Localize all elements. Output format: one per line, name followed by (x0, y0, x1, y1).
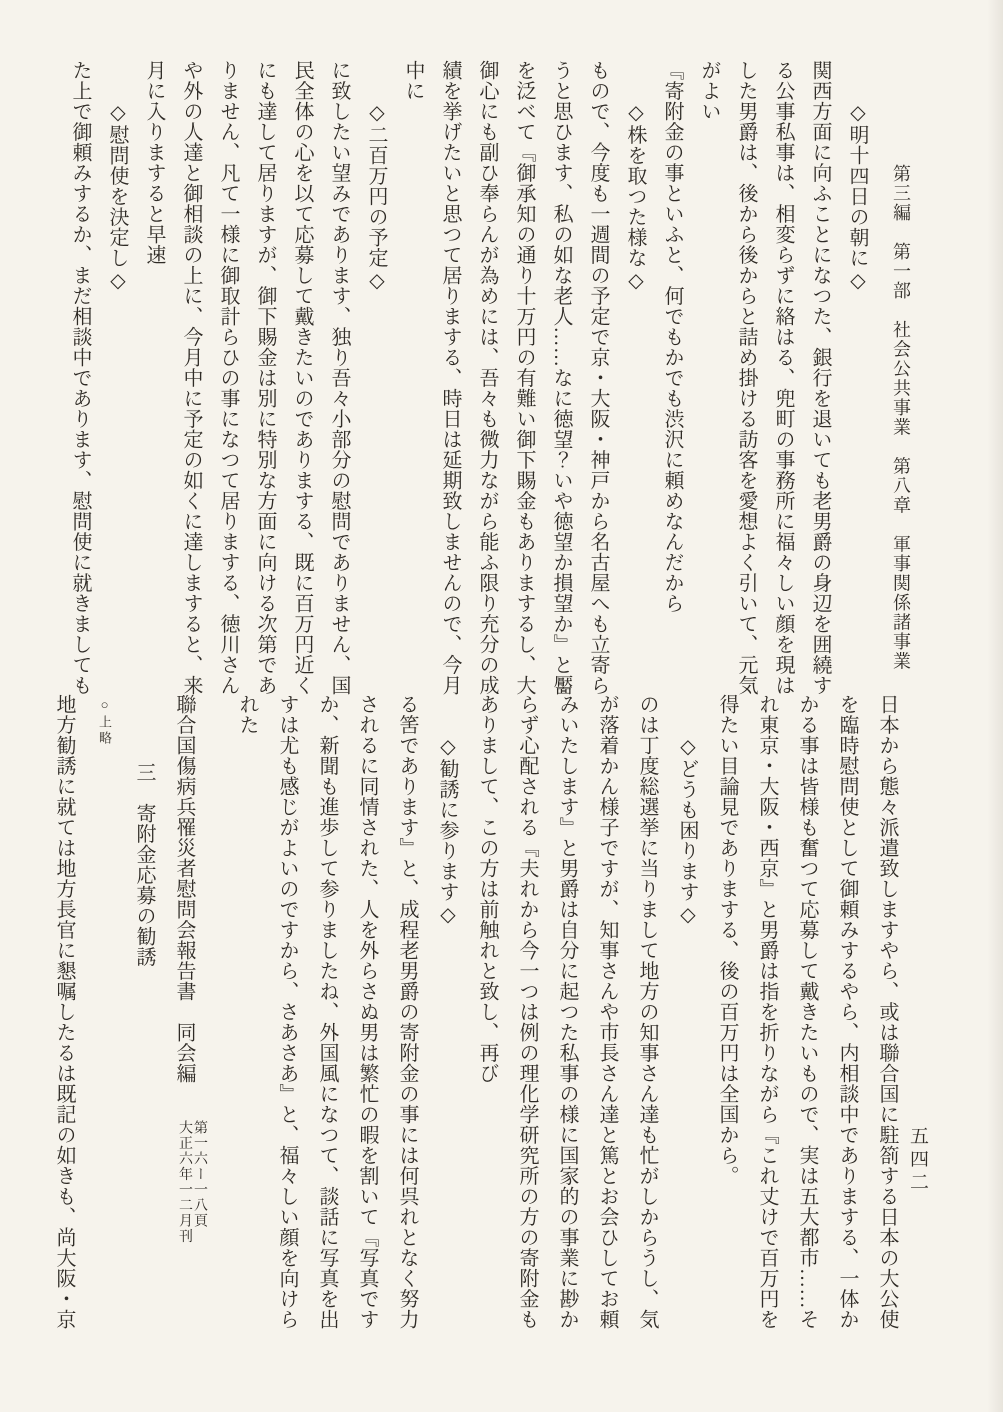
text-column: る筈であります』と、成程老男爵の寄附金の事には何呉れとなく努力 (387, 694, 427, 1356)
text-column-text: りません、凡て一様に御取計らひの事になつて居りまする、徳川さん (217, 60, 239, 696)
text-column: 中に (394, 60, 431, 722)
subheading: ◇勧誘に参ります◇ (427, 694, 467, 1356)
text-column-text: れ東京・大阪・西京』と男爵は指を折りながら『これ丈けで百万円を (756, 694, 778, 1330)
text-column-text: ありまして、この方は前触れと致し、再び (476, 694, 498, 1084)
text-column: る公事私事は、相変らずに絡はる、兜町の事務所に福々しい顔を現は (764, 60, 801, 722)
text-column: ありまして、この方は前触れと致し、再び (467, 694, 507, 1356)
subheading-text: ◇株を取つた様な◇ (624, 100, 646, 293)
text-column: か、新聞も進歩して参りましたね、外国風になつて、談話に写真を出 (307, 694, 347, 1356)
page-number: 五四二 (904, 1126, 931, 1195)
text-column-text: 関西方面に向ふことになつた、銀行を退いても老男爵の身辺を囲繞す (809, 60, 831, 696)
text-column-text: うと思ひます、私の如な老人……なに徳望？いや徳望か損望か』と靨 (550, 60, 572, 696)
text-column: に致したい望みであります、独り吾々小部分の慰問でありません、国 (320, 60, 357, 722)
text-column: れ東京・大阪・西京』と男爵は指を折りながら『これ丈けで百万円を (747, 694, 787, 1356)
running-head-text: 第三編 第一部 社会公共事業 第八章 軍事関係諸事業 (891, 164, 911, 671)
lower-text-block: 日本から態々派遣致しますやら、或は聯合国に駐箚する日本の大公使を臨時慰問使として… (44, 694, 907, 1356)
text-column-text: されるに同情された、人を外らさぬ男は繁忙の暇を割いて『写真です (356, 694, 378, 1330)
subheading: ◇慰問使を決定し◇ (98, 60, 135, 722)
citation-note-line: 第一六ー一八頁 (192, 1120, 207, 1244)
subheading-text: ◇明十四日の朝に◇ (846, 100, 868, 293)
text-column-text: らず心配される『夫れから今一つは例の理化学研究所の方の寄附金も (516, 694, 538, 1330)
text-column-text: 月に入りますると早速 (143, 60, 165, 265)
text-column-text: のは丁度総選挙に当りまして地方の知事さん達も忙がしからうし、気 (636, 694, 658, 1330)
citation-source-text: 聯合国傷病兵罹災者慰問会報告書 同会編 (173, 694, 195, 1084)
text-column: 績を挙げたいと思つて居りまする、時日は延期致しませんので、今月 (431, 60, 468, 722)
text-column: 御心にも副ひ奉らんが為めには、吾々も微力ながら能ふ限り充分の成 (468, 60, 505, 722)
citation-source: 聯合国傷病兵罹災者慰問会報告書 同会編第一六ー一八頁大正六年一二月刊 (164, 694, 207, 1356)
subheading-text: ◇どうも困ります◇ (676, 734, 698, 927)
text-column: 月に入りますると早速 (135, 60, 172, 722)
section-title-text: 三 寄附金応募の勧誘 (133, 762, 155, 967)
text-column-text: 得たい目論見でありまする、後の百万円は全国から。 (716, 694, 738, 1186)
text-column-text: みいたします』と男爵は自分に起つた私事の様に国家的の事業に尠か (556, 694, 578, 1330)
text-column: 日本から態々派遣致しますやら、或は聯合国に駐箚する日本の大公使 (867, 694, 907, 1356)
text-column-text: もので、今度も一週間の予定で京・大阪・神戸から名古屋へも立寄ら (587, 60, 609, 696)
text-column-text: 地方勧誘に就ては地方長官に懇嘱したるは既記の如きも、尚大阪・京 (53, 694, 75, 1330)
text-column: 民全体の心を以て応募して戴きたいのでありまする、既に百万円近く (283, 60, 320, 722)
citation-note: 第一六ー一八頁大正六年一二月刊 (177, 1120, 207, 1244)
text-column-text: を泛べて『御承知の通り十万円の有難い御下賜金もありまするし、大 (513, 60, 535, 696)
text-column: みいたします』と男爵は自分に起つた私事の様に国家的の事業に尠か (547, 694, 587, 1356)
text-column-text: にも達して居りますが、御下賜金は別に特別な方面に向ける次第であ (254, 60, 276, 696)
text-column-text: がよい (698, 60, 720, 122)
scanned-page: 第三編 第一部 社会公共事業 第八章 軍事関係諸事業◇明十四日の朝に◇関西方面に… (0, 0, 1003, 1412)
text-column: されるに同情された、人を外らさぬ男は繁忙の暇を割いて『写真です (347, 694, 387, 1356)
text-column: のは丁度総選挙に当りまして地方の知事さん達も忙がしからうし、気 (627, 694, 667, 1356)
section-title: 三 寄附金応募の勧誘 (124, 694, 164, 1356)
text-column-text: すは尤も感じがよいのですから、さあさあ』と、福々しい顔を向けら (276, 694, 298, 1330)
text-column-text: れた (236, 694, 258, 735)
text-column: もので、今度も一週間の予定で京・大阪・神戸から名古屋へも立寄ら (579, 60, 616, 722)
citation-note-line: 大正六年一二月刊 (177, 1120, 192, 1244)
text-column: した男爵は、後から後からと詰め掛ける訪客を愛想よく引いて、元気 (727, 60, 764, 722)
text-column: や外の人達と御相談の上に、今月中に予定の如くに達しますると、来 (172, 60, 209, 722)
text-column-text: 中に (402, 60, 424, 101)
scan-edge-shadow (987, 0, 1003, 1412)
text-column: が落着かん様子ですが、知事さんや市長さん達と篤とお会ひしてお頼 (587, 694, 627, 1356)
text-column-text: や外の人達と御相談の上に、今月中に予定の如くに達しますると、来 (180, 60, 202, 696)
text-column: を泛べて『御承知の通り十万円の有難い御下賜金もありまするし、大 (505, 60, 542, 722)
subheading-text: ◇勧誘に参ります◇ (436, 734, 458, 927)
text-column-text: 日本から態々派遣致しますやら、或は聯合国に駐箚する日本の大公使 (876, 694, 898, 1330)
subheading-text: ◇慰問使を決定し◇ (106, 100, 128, 293)
text-column: 得たい目論見でありまする、後の百万円は全国から。 (707, 694, 747, 1356)
text-column: がよい (690, 60, 727, 722)
text-column-text: る筈であります』と、成程老男爵の寄附金の事には何呉れとなく努力 (396, 694, 418, 1330)
text-column: た上で御頼みするか、まだ相談中であります、慰問使に就きましても (61, 60, 98, 722)
text-column: 『寄附金の事といふと、何でもかでも渋沢に頼めなんだから (653, 60, 690, 722)
subheading: ◇どうも困ります◇ (667, 694, 707, 1356)
running-head: 第三編 第一部 社会公共事業 第八章 軍事関係諸事業 (882, 60, 919, 722)
text-column-text: を臨時慰問使として御頼みするやら、内相談中でありまする、一体か (836, 694, 858, 1330)
text-column-text: 民全体の心を以て応募して戴きたいのでありまする、既に百万円近く (291, 60, 313, 696)
text-column-text: 御心にも副ひ奉らんが為めには、吾々も微力ながら能ふ限り充分の成 (476, 60, 498, 696)
subheading: ◇二百万円の予定◇ (357, 60, 394, 722)
text-column-text: る公事私事は、相変らずに絡はる、兜町の事務所に福々しい顔を現は (772, 60, 794, 696)
text-column: れた (227, 694, 267, 1356)
text-column: りません、凡て一様に御取計らひの事になつて居りまする、徳川さん (209, 60, 246, 722)
subheading: ◇株を取つた様な◇ (616, 60, 653, 722)
text-column: すは尤も感じがよいのですから、さあさあ』と、福々しい顔を向けら (267, 694, 307, 1356)
subheading: ◇明十四日の朝に◇ (838, 60, 875, 722)
omission-note: ○上略 (84, 694, 124, 1356)
omission-note-text: ○上略 (97, 697, 112, 747)
text-column: うと思ひます、私の如な老人……なに徳望？いや徳望か損望か』と靨 (542, 60, 579, 722)
text-column: にも達して居りますが、御下賜金は別に特別な方面に向ける次第であ (246, 60, 283, 722)
text-column: を臨時慰問使として御頼みするやら、内相談中でありまする、一体か (827, 694, 867, 1356)
upper-text-block: 第三編 第一部 社会公共事業 第八章 軍事関係諸事業◇明十四日の朝に◇関西方面に… (61, 60, 919, 722)
text-column-text: 『寄附金の事といふと、何でもかでも渋沢に頼めなんだから (661, 60, 683, 614)
text-column-text: 績を挙げたいと思つて居りまする、時日は延期致しませんので、今月 (439, 60, 461, 696)
text-column: 地方勧誘に就ては地方長官に懇嘱したるは既記の如きも、尚大阪・京 (44, 694, 84, 1356)
text-column: かる事は皆様も奮つて応募して戴きたいもので、実は五大都市……そ (787, 694, 827, 1356)
text-column-text: に致したい望みであります、独り吾々小部分の慰問でありません、国 (328, 60, 350, 696)
text-column: 関西方面に向ふことになつた、銀行を退いても老男爵の身辺を囲繞す (801, 60, 838, 722)
subheading-text: ◇二百万円の予定◇ (365, 100, 387, 293)
text-column-text: か、新聞も進歩して参りましたね、外国風になつて、談話に写真を出 (316, 694, 338, 1330)
text-column-text: た上で御頼みするか、まだ相談中であります、慰問使に就きましても (69, 60, 91, 696)
text-column-text: が落着かん様子ですが、知事さんや市長さん達と篤とお会ひしてお頼 (596, 694, 618, 1330)
text-column: らず心配される『夫れから今一つは例の理化学研究所の方の寄附金も (507, 694, 547, 1356)
text-column-text: かる事は皆様も奮つて応募して戴きたいもので、実は五大都市……そ (796, 694, 818, 1330)
text-column-text: した男爵は、後から後からと詰め掛ける訪客を愛想よく引いて、元気 (735, 60, 757, 696)
